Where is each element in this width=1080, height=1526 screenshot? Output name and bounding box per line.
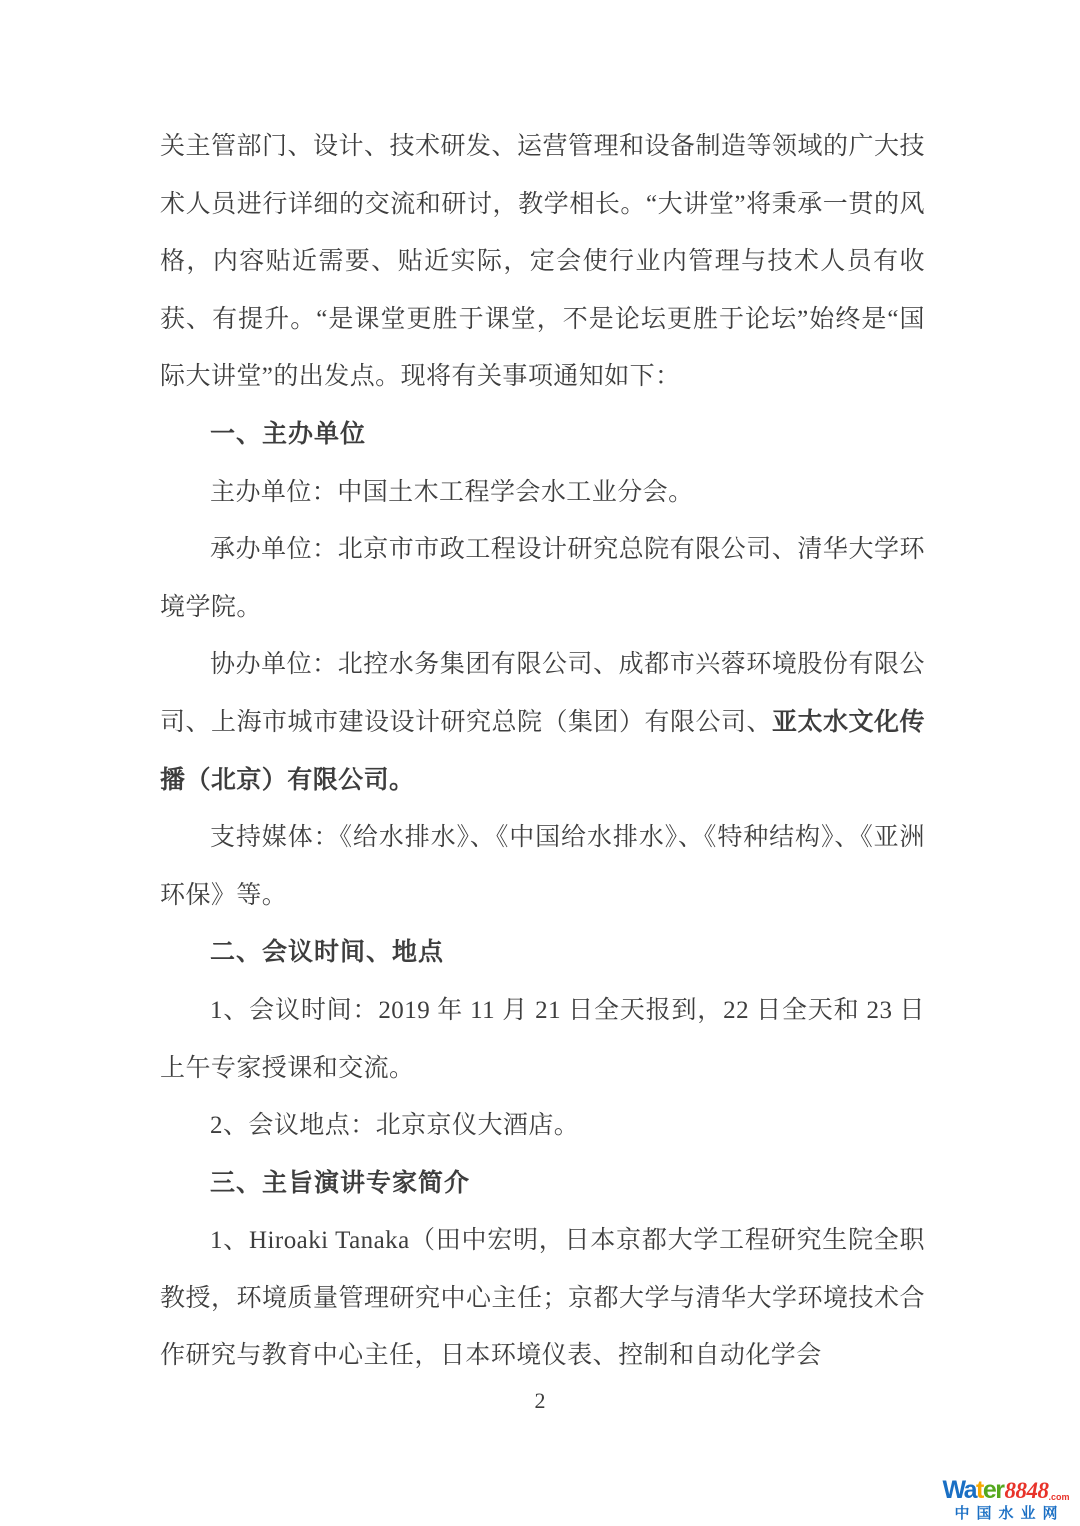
logo-text-t: t [976,1478,983,1503]
bold-text-run: 二、会议时间、地点 [210,938,444,966]
document-page: 关主管部门、设计、技术研发、运营管理和设备制造等领域的广大技术人员进行详细的交流… [0,0,1080,1526]
text-run: 关主管部门、设计、技术研发、运营管理和设备制造等领域的广大技术人员进行详细的交流… [160,133,925,390]
bold-text-run: 一、主办单位 [210,420,366,448]
logo-text-com: .com [1049,1493,1070,1502]
text-run: 1、会议时间：2019 年 11 月 21 日全天报到，22 日全天和 23 日… [160,997,925,1082]
text-run: 1、Hiroaki Tanaka（田中宏明，日本京都大学工程研究生院全职教授，环… [160,1227,925,1369]
paragraph: 1、Hiroaki Tanaka（田中宏明，日本京都大学工程研究生院全职教授，环… [160,1212,925,1385]
text-run: 支持媒体：《给水排水》、《中国给水排水》、《特种结构》、《亚洲环保》等。 [160,824,925,909]
paragraph: 支持媒体：《给水排水》、《中国给水排水》、《特种结构》、《亚洲环保》等。 [160,809,925,924]
paragraph: 主办单位：中国土木工程学会水工业分会。 [160,464,925,522]
logo-text-8848: 8848 [1005,1479,1049,1502]
logo-text-er: er [983,1478,1004,1503]
logo-text-wa: Wa [942,1478,976,1503]
paragraph: 承办单位：北京市市政工程设计研究总院有限公司、清华大学环境学院。 [160,521,925,636]
page-number: 2 [0,1388,1080,1414]
section-heading: 二、会议时间、地点 [160,924,925,982]
section-heading: 一、主办单位 [160,406,925,464]
water8848-logo: Water8848.com 中国水业网 [935,1478,1077,1521]
paragraph: 关主管部门、设计、技术研发、运营管理和设备制造等领域的广大技术人员进行详细的交流… [160,118,925,406]
water8848-wordmark: Water8848.com [935,1478,1077,1503]
paragraph: 协办单位：北控水务集团有限公司、成都市兴蓉环境股份有限公司、上海市城市建设设计研… [160,636,925,809]
text-run: 承办单位：北京市市政工程设计研究总院有限公司、清华大学环境学院。 [160,536,925,621]
bold-text-run: 三、主旨演讲专家简介 [210,1169,470,1197]
text-run: 主办单位：中国土木工程学会水工业分会。 [210,479,694,506]
document-content: 关主管部门、设计、技术研发、运营管理和设备制造等领域的广大技术人员进行详细的交流… [0,0,1080,1385]
logo-subtitle: 中国水业网 [935,1506,1077,1521]
section-heading: 三、主旨演讲专家简介 [160,1155,925,1213]
paragraph: 2、会议地点：北京京仪大酒店。 [160,1097,925,1155]
paragraph: 1、会议时间：2019 年 11 月 21 日全天报到，22 日全天和 23 日… [160,982,925,1097]
text-run: 2、会议地点：北京京仪大酒店。 [210,1112,579,1139]
